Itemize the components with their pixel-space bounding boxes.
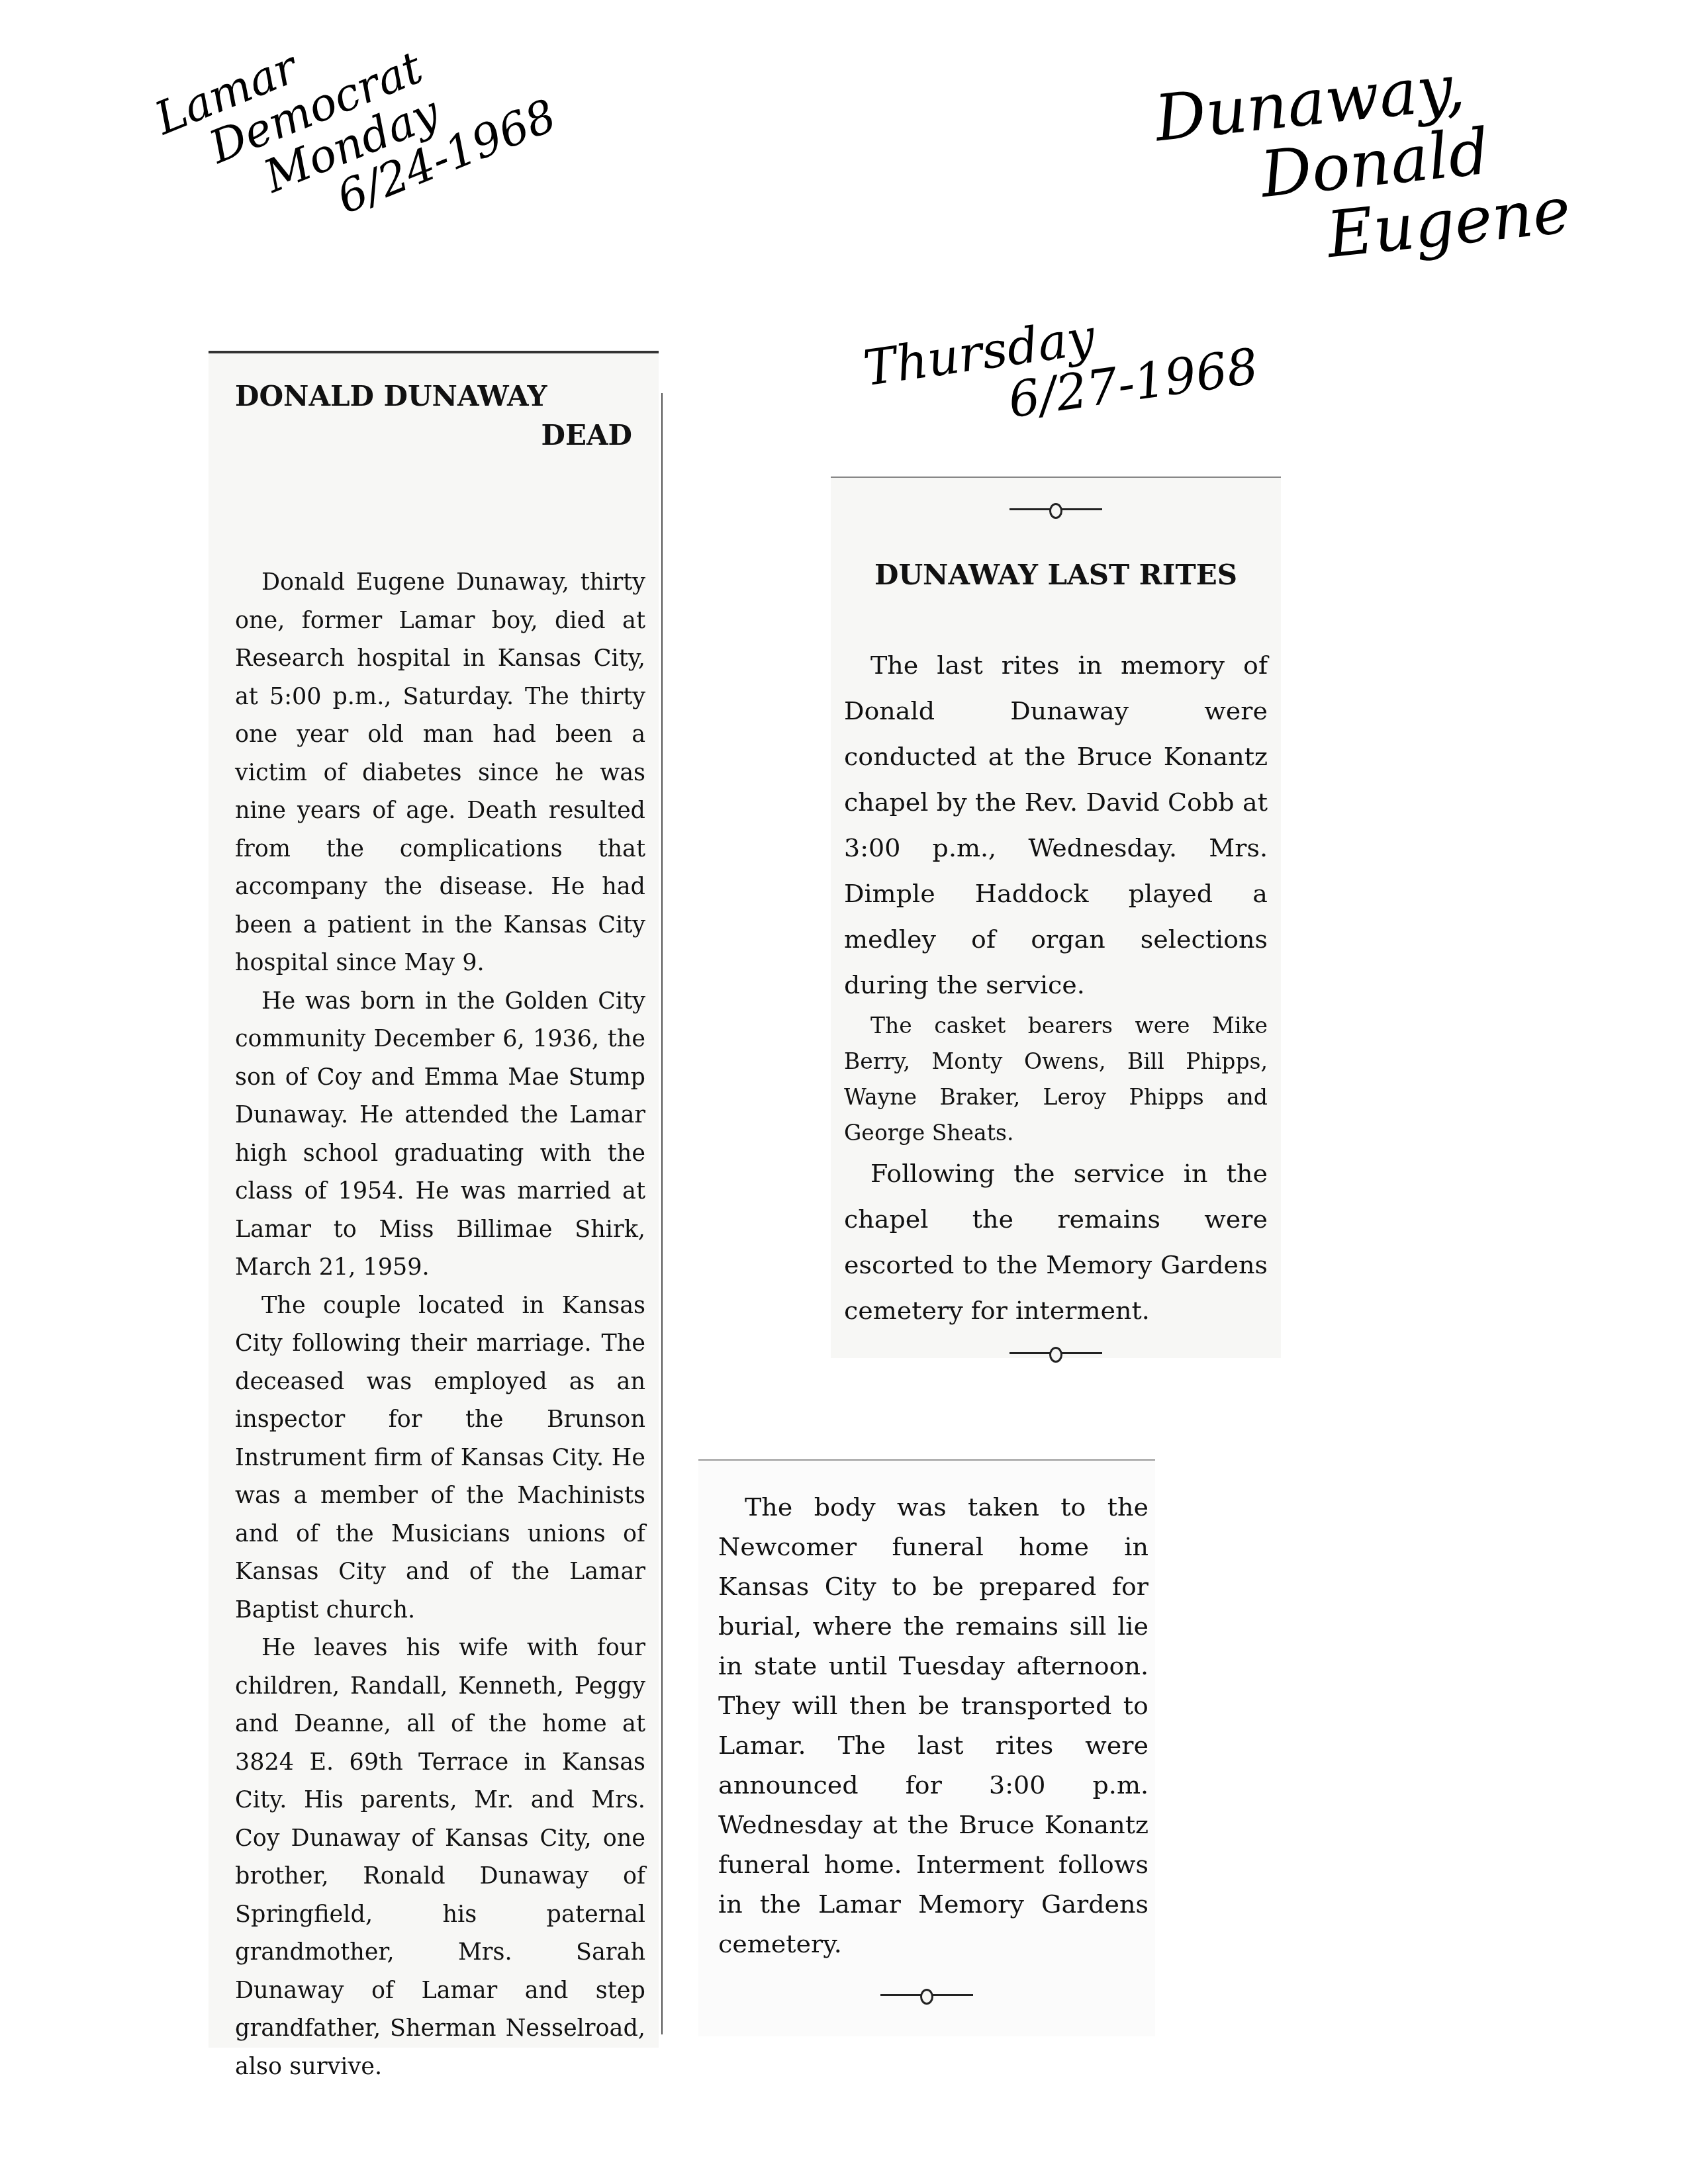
- ornament-divider: [1009, 1348, 1102, 1357]
- obituary-body: Donald Eugene Dunaway, thirty one, forme…: [235, 564, 645, 2086]
- obituary-headline-line2: DEAD: [209, 419, 632, 451]
- body-notice-paragraph: The body was taken to the Newcomer funer…: [718, 1487, 1149, 1964]
- ornament-divider: [1009, 504, 1102, 514]
- ornament-divider: [880, 1990, 973, 1999]
- last-rites-clipping: DUNAWAY LAST RITES The last rites in mem…: [831, 477, 1281, 1358]
- handwritten-rites-date-note: Thursday 6/27-1968: [861, 290, 1261, 446]
- obituary-headline-line1: DONALD DUNAWAY: [235, 380, 659, 412]
- last-rites-paragraph: The last rites in memory of Donald Dunaw…: [844, 643, 1268, 1008]
- obituary-clipping: DONALD DUNAWAY DEAD Donald Eugene Dunawa…: [209, 351, 659, 2048]
- obituary-paragraph: The couple located in Kansas City follow…: [235, 1287, 645, 1630]
- last-rites-body: The last rites in memory of Donald Dunaw…: [844, 643, 1268, 1334]
- last-rites-headline: DUNAWAY LAST RITES: [831, 559, 1281, 591]
- handwritten-source-note: Lamar Democrat Monday 6/24-1968: [149, 0, 563, 275]
- body-notice-body: The body was taken to the Newcomer funer…: [718, 1487, 1149, 1964]
- obituary-paragraph: Donald Eugene Dunaway, thirty one, forme…: [235, 564, 645, 983]
- obituary-paragraph: He was born in the Golden City community…: [235, 983, 645, 1287]
- body-notice-clipping: The body was taken to the Newcomer funer…: [698, 1459, 1155, 2036]
- last-rites-paragraph: Following the service in the chapel the …: [844, 1151, 1268, 1334]
- last-rites-paragraph: The casket bearers were Mike Berry, Mont…: [844, 1008, 1268, 1151]
- handwritten-name-note: Dunaway, Donald Eugene: [1152, 44, 1573, 285]
- obituary-paragraph: He leaves his wife with four children, R…: [235, 1629, 645, 2086]
